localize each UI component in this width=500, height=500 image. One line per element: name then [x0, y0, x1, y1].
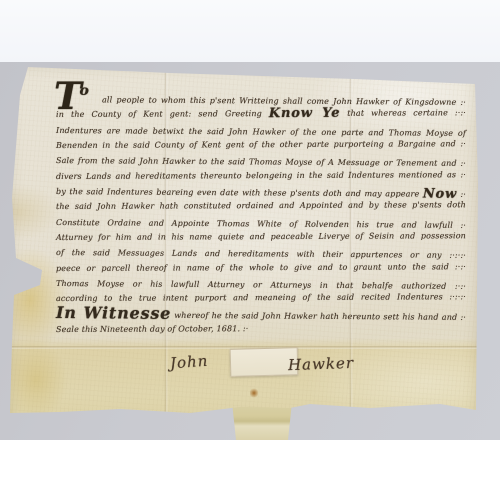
line-text: in the County of Kent gent: send Greetin… — [56, 109, 269, 119]
deed-line: the said John Hawker hath constituted or… — [56, 201, 466, 218]
line-text: according to the true intent purport and… — [56, 293, 466, 304]
deed-line: Seale this Nineteenth day of October, 16… — [56, 323, 466, 340]
line-text: the said John Hawker hath constituted or… — [56, 201, 466, 212]
screenshot: { "scene": { "backdrop_color": "#c9cad0"… — [0, 0, 500, 500]
deed-line: peece or parcell thereof in name of the … — [56, 262, 466, 279]
line-text: Atturney for him and in his name quiete … — [56, 231, 466, 242]
line-text: :· — [457, 190, 466, 199]
line-text: Thomas Moyse or his lawfull Atturney or … — [56, 279, 466, 291]
deed-line: Benenden in the said County of Kent gent… — [56, 139, 466, 156]
display-word: In Witnesse — [56, 303, 171, 323]
seal-tail-tag — [226, 402, 298, 442]
signature-surname: Hawker — [288, 354, 355, 374]
deed-text-block: all people to whom this p'sent Writteing… — [56, 95, 466, 341]
line-text: divers Lands and hereditaments thereunto… — [56, 170, 466, 181]
display-word: Know Ye — [269, 106, 340, 121]
parchment-document: To all people to whom this p'sent Writte… — [6, 62, 480, 440]
line-text: by the said Indentures beareing even dat… — [56, 187, 423, 199]
deed-line: divers Lands and hereditaments thereunto… — [56, 170, 466, 187]
line-text: peece or parcell thereof in name of the … — [56, 262, 466, 273]
line-text: whereof he the said John Hawker hath her… — [171, 311, 466, 322]
stain-mark — [250, 388, 258, 398]
photo-matte-bottom — [0, 440, 500, 500]
photo-matte-top — [0, 0, 500, 62]
line-text: Seale this Nineteenth day of October, 16… — [56, 324, 248, 334]
line-text: Constitute Ordaine and Appointe Thomas W… — [56, 218, 466, 230]
deed-line: Atturney for him and in his name quiete … — [56, 231, 466, 248]
line-text: Sale from the said John Hawker to the sa… — [56, 156, 466, 168]
line-text: of the said Messuages Lands and heredita… — [56, 248, 466, 260]
signature-first-name: John — [169, 352, 209, 373]
line-text: Indentures are made betwixt the said Joh… — [56, 126, 466, 138]
line-text: that whereas certaine :·:· — [340, 109, 466, 119]
deed-line: in the County of Kent gent: send Greetin… — [56, 109, 466, 126]
line-text: Benenden in the said County of Kent gent… — [56, 139, 466, 150]
